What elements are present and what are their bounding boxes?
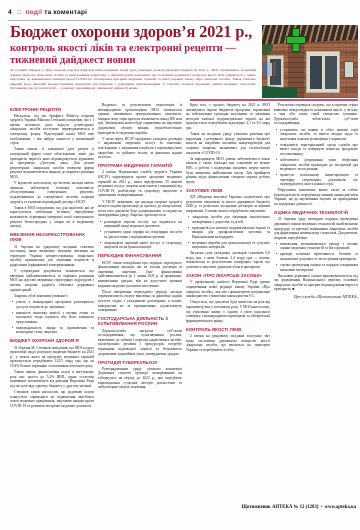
bullet-item: запровадити окремий пакет послуг із супр… — [100, 241, 182, 250]
press-service-signature: Прес-служба «Щотижневика АПТЕКА» — [274, 295, 358, 300]
bullet-item: визначення уповноваженого органу з питан… — [276, 242, 358, 251]
body-paragraph: Зокрема, обов’язковими умовами є: — [10, 294, 94, 299]
article-headline: Бюджет охорони здоров’я 2021 р., — [10, 22, 260, 41]
body-paragraph: 23 березня уряд затвердив порядок провед… — [274, 217, 358, 240]
column-subheading: ПЕРЕХІДНЕ ФІНАНСУВАННЯ — [98, 253, 182, 258]
body-paragraph: Очікується, що документ буде винесено на… — [186, 300, 270, 323]
page-footer: Щотижневик АПТЕКА № 12 (1283) • www.apte… — [242, 505, 356, 510]
column-subheading: ОЦІНКА МЕДИЧНИХ ТЕХНОЛОГІЙ — [274, 210, 358, 215]
wooden-canopy — [262, 25, 358, 45]
body-paragraph: У НСЗУ зазначили, що заклади охорони здо… — [98, 200, 182, 218]
photo-divider-rule — [190, 99, 358, 101]
pharmacy-storefront-photo — [262, 25, 358, 98]
lead-paragraph: За останній тиждень у сфері охорони здор… — [10, 68, 256, 91]
bullet-item: повідомити територіальний орган служби п… — [276, 143, 358, 157]
body-paragraph: Крім того, у проєкті бюджету на 2021 р. … — [186, 103, 270, 131]
body-paragraph: 31 березня на урядовому засіданні схвале… — [10, 245, 94, 268]
newspaper-page: 4 :: події та коментарі Бюджет охорони з… — [0, 0, 360, 530]
body-paragraph: У свою чергу, НСЗУ продовжує укладати до… — [98, 137, 182, 160]
column-subheading: ПРОТИДІЯ ТУБЕРКУЛЬОЗУ — [98, 360, 182, 365]
body-paragraph: У супровідних документах зазначається, щ… — [10, 269, 94, 292]
bullet-item: розширити перелік послуг, що надаються н… — [100, 220, 182, 229]
body-paragraph: Також на засіданні уряду ухвалено рішенн… — [186, 132, 270, 155]
body-paragraph: Степанов також наголосив, що додаткові к… — [10, 390, 94, 408]
bullet-item: установити, чи наявні в обігу вказані се… — [276, 128, 358, 142]
bullet-item: критерії клінічної ефективності, безпеки… — [276, 252, 358, 261]
body-paragraph: Таким чином, із зазначеної дати рецепт в… — [10, 147, 94, 179]
bullet-item: строки проведення оцінки та порядок оска… — [276, 263, 358, 272]
text-column-4: Результати перевірок свідчать, що в окре… — [274, 103, 358, 506]
passerby-figure — [273, 62, 276, 76]
storefront-window-right — [306, 51, 340, 93]
body-paragraph: Результати перевірок свідчать, що в окре… — [274, 103, 358, 126]
section-marker-icon: :: — [17, 9, 22, 16]
bullet-item: забезпечити дотримання умов зберігання л… — [276, 158, 358, 172]
body-paragraph: Порушення зазначених вимог тягне за собо… — [274, 188, 358, 206]
column-subheading: ЗАКУПІВЛІ ЛІКІВ — [186, 188, 270, 193]
body-paragraph: Висновки державної оцінки враховуватимут… — [274, 274, 358, 292]
body-paragraph: Загальна сума укладених договорів станов… — [186, 251, 270, 269]
page-number: 4 — [8, 9, 12, 16]
column-subheading: ГОСПОДАРСЬКА ДІЯЛЬНІСТЬ З КУЛЬТИВУВАННЯ … — [98, 316, 182, 326]
body-paragraph: Розпорядженням уряду схвалено концепцію … — [98, 367, 182, 390]
publication-site: www.apteka.ua — [325, 505, 356, 510]
text-column-1: ЕЛЕКТРОННІ РЕЦЕПТИНагадаємо, під час бри… — [10, 103, 94, 506]
green-awning — [262, 86, 297, 98]
bullet-item: лікарських засобів для лікування онколог… — [188, 215, 270, 224]
body-paragraph: 2 квітня Національна служба здоров’я Укр… — [98, 170, 182, 198]
body-paragraph: Держлікслужба нагадала суб’єктам господа… — [98, 329, 182, 357]
green-cross-icon — [286, 28, 306, 52]
body-paragraph: Після завершення перехідного періоду зак… — [98, 290, 182, 313]
text-column-3: Крім того, у проєкті бюджету на 2021 р. … — [186, 103, 270, 506]
column-subheading: БЮДЖЕТ ОХОРОНИ ЗДОРОВ’Я — [10, 338, 94, 343]
bullet-item: препаратів для замісної підтримувальної … — [188, 226, 270, 240]
footer-separator: • — [321, 505, 323, 510]
bullet-item: відповідальність лікаря за призначення т… — [12, 326, 94, 335]
bullet-item: провести позапланову інвентаризацію та п… — [276, 173, 358, 187]
body-paragraph: У профільному комітеті Верховної Ради тр… — [186, 280, 270, 298]
text-column-2: Водночас за результатами переговорів із … — [98, 103, 182, 506]
column-subheading: КОНТРОЛЬ ЯКОСТІ ЛІКІВ — [186, 327, 270, 332]
column-subheading: ЕЛЕКТРОННІ РЕЦЕПТИ — [10, 107, 94, 112]
body-paragraph: За інформацією МОЗ, рівень забезпеченост… — [186, 157, 270, 185]
publication-name: Щотижневик АПТЕКА № 12 (1283) — [242, 505, 319, 510]
body-paragraph: ДП «Медичні закупівлі України» відзвітув… — [186, 195, 270, 213]
section-title: та коментарі — [44, 9, 87, 16]
section-title-accent: події — [26, 9, 43, 16]
passerby-figure — [263, 61, 267, 76]
section-header: 4 :: події та коментарі — [8, 9, 258, 16]
column-subheading: ЗАКОН «ПРО ЛІКАРСЬКІ ЗАСОБИ» — [186, 273, 270, 278]
wall-poster — [344, 61, 354, 78]
column-subheading: ВВЕЗЕННЯ НЕЗАРЕЄСТРОВАНИХ ЛІКІВ — [10, 232, 94, 242]
body-paragraph: НСЗУ також повідомила про порядок перехі… — [98, 261, 182, 289]
body-paragraph: У відомстві наголосили, що аптечні закла… — [10, 181, 94, 204]
bullet-item: участь у міжнародних програмах розширено… — [12, 300, 94, 309]
passerby-figure — [268, 63, 272, 76]
body-paragraph: 2 квітня на урядовому засіданні заслухан… — [186, 334, 270, 352]
body-paragraph: 31 березня М. Степанов повідомив, що МОЗ… — [10, 346, 94, 369]
bullet-item: установити єдині тарифи на стаціонарні п… — [100, 230, 182, 239]
body-paragraph: Таким чином, фінансування галузі в насту… — [10, 370, 94, 388]
bullet-item: медичних виробів для трансплантації та с… — [188, 241, 270, 250]
body-paragraph: Нагадаємо, під час брифінгу Міністр охор… — [10, 114, 94, 146]
bullet-item: наявність висновку комісії з питань етик… — [12, 311, 94, 325]
column-subheading: ПРОГРАМА МЕДИЧНИХ ГАРАНТІЙ — [98, 163, 182, 168]
body-paragraph: Водночас за результатами переговорів із … — [98, 103, 182, 135]
body-paragraph: Також в МОЗ повідомили, що для пацієнтів… — [10, 206, 94, 229]
header-rule — [8, 20, 252, 21]
article-subheadline: контроль якості ліків та електронні реце… — [10, 43, 260, 66]
